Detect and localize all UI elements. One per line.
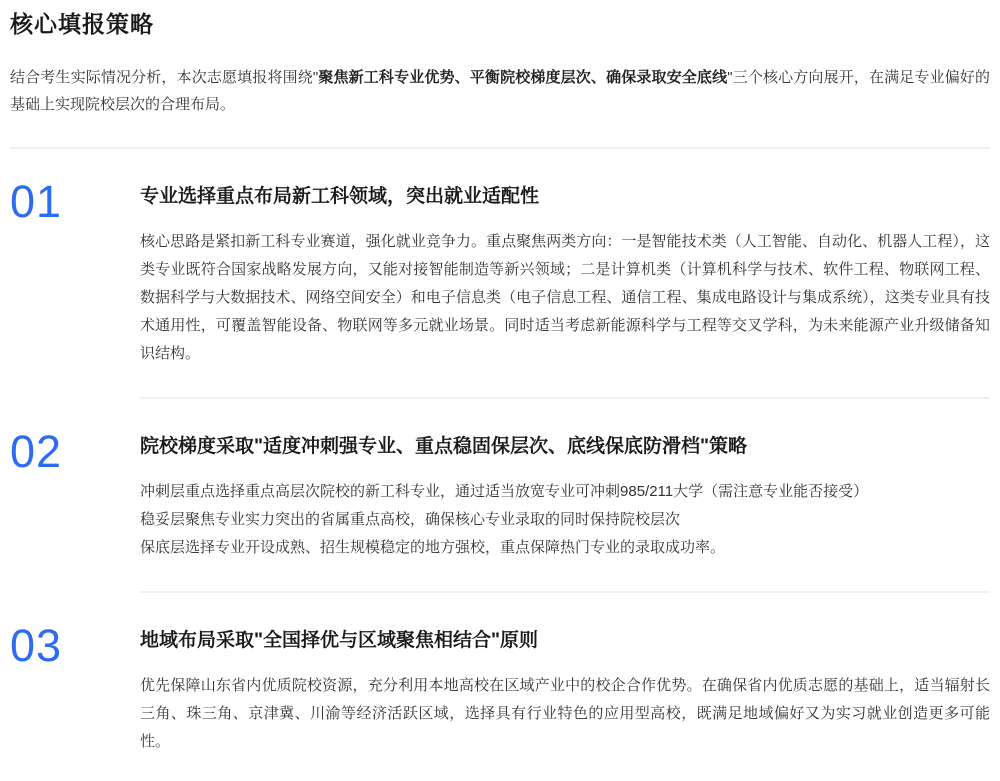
section-content-2: 院校梯度采取"适度冲刺强专业、重点稳固保层次、底线保底防滑档"策略 冲刺层重点选…	[140, 433, 990, 562]
strategy-section-1: 01 专业选择重点布局新工科领域，突出就业适配性 核心思路是紧扣新工科专业赛道，…	[10, 149, 990, 368]
section-body-3: 优先保障山东省内优质院校资源，充分利用本地高校在区域产业中的校企合作优势。在确保…	[140, 672, 990, 756]
section-number-2: 02	[10, 429, 140, 562]
section-heading-2: 院校梯度采取"适度冲刺强专业、重点稳固保层次、底线保底防滑档"策略	[140, 433, 990, 460]
intro-text-bold: 聚焦新工科专业优势、平衡院校梯度层次、确保录取安全底线	[318, 69, 727, 86]
strategy-section-3: 03 地域布局采取"全国择优与区域聚焦相结合"原则 优先保障山东省内优质院校资源…	[10, 593, 990, 756]
report-page: 核心填报策略 结合考生实际情况分析，本次志愿填报将围绕"聚焦新工科专业优势、平衡…	[0, 0, 1000, 776]
section-number-3: 03	[10, 623, 140, 756]
section-heading-3: 地域布局采取"全国择优与区域聚焦相结合"原则	[140, 627, 990, 654]
intro-paragraph: 结合考生实际情况分析，本次志愿填报将围绕"聚焦新工科专业优势、平衡院校梯度层次、…	[10, 64, 990, 118]
section-paragraph: 保底层选择专业开设成熟、招生规模稳定的地方强校，重点保障热门专业的录取成功率。	[140, 534, 990, 562]
page-title: 核心填报策略	[10, 8, 990, 40]
section-content-1: 专业选择重点布局新工科领域，突出就业适配性 核心思路是紧扣新工科专业赛道，强化就…	[140, 183, 990, 368]
section-body-1: 核心思路是紧扣新工科专业赛道，强化就业竞争力。重点聚焦两类方向：一是智能技术类（…	[140, 228, 990, 368]
section-heading-1: 专业选择重点布局新工科领域，突出就业适配性	[140, 183, 990, 210]
section-body-2: 冲刺层重点选择重点高层次院校的新工科专业，通过适当放宽专业可冲刺985/211大…	[140, 478, 990, 562]
section-paragraph: 核心思路是紧扣新工科专业赛道，强化就业竞争力。重点聚焦两类方向：一是智能技术类（…	[140, 228, 990, 368]
section-paragraph: 稳妥层聚焦专业实力突出的省属重点高校，确保核心专业录取的同时保持院校层次	[140, 506, 990, 534]
strategy-section-2: 02 院校梯度采取"适度冲刺强专业、重点稳固保层次、底线保底防滑档"策略 冲刺层…	[10, 399, 990, 562]
section-paragraph: 冲刺层重点选择重点高层次院校的新工科专业，通过适当放宽专业可冲刺985/211大…	[140, 478, 990, 506]
intro-text-before: 结合考生实际情况分析，本次志愿填报将围绕"	[10, 69, 318, 86]
section-number-1: 01	[10, 179, 140, 368]
section-paragraph: 优先保障山东省内优质院校资源，充分利用本地高校在区域产业中的校企合作优势。在确保…	[140, 672, 990, 756]
section-content-3: 地域布局采取"全国择优与区域聚焦相结合"原则 优先保障山东省内优质院校资源，充分…	[140, 627, 990, 756]
